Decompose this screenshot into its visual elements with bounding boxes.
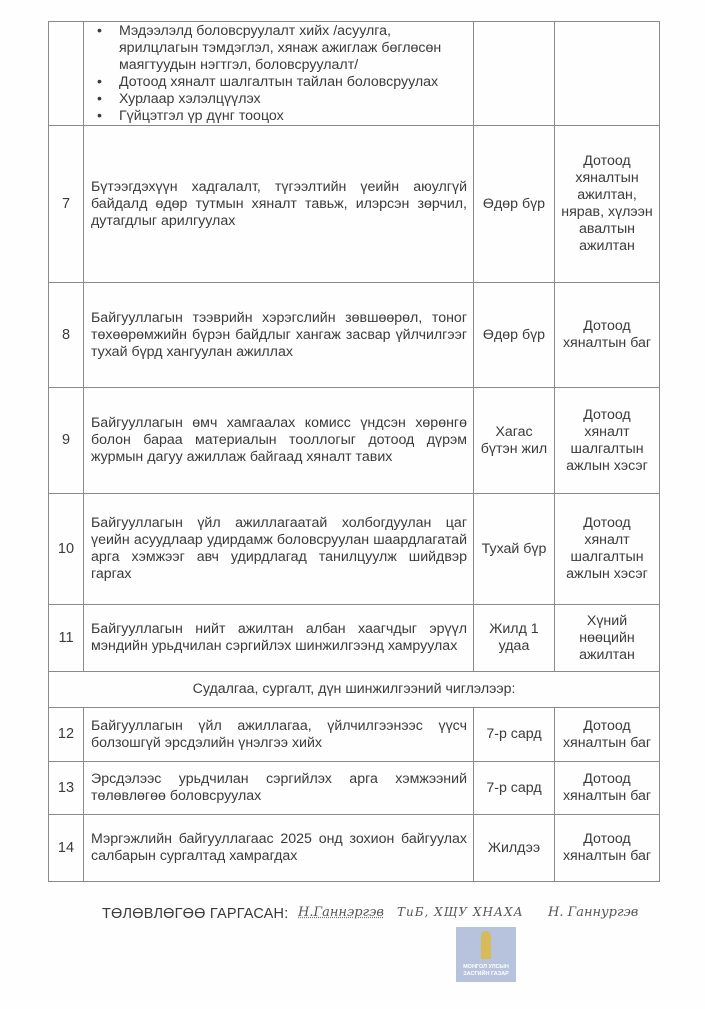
- prepared-by-label: ТӨЛӨВЛӨГӨӨ ГАРГАСАН:: [102, 906, 288, 922]
- task-text: Байгууллагын нийт ажилтан албан хаагчдыг…: [84, 605, 474, 672]
- task-text: Байгууллагын өмч хамгаалах комисс үндсэн…: [84, 388, 474, 494]
- table-row: 14 Мэргэжлийн байгууллагаас 2025 онд зох…: [49, 815, 660, 882]
- row-number: 11: [49, 605, 84, 672]
- responsible: Дотоод хяналтын баг: [555, 283, 660, 388]
- table-row-continuation: Мэдээлэлд боловсруулалт хийх /асуулга, я…: [49, 22, 660, 126]
- timeframe: Хагас бүтэн жил: [474, 388, 555, 494]
- responsible: Дотоод хяналтын баг: [555, 815, 660, 882]
- bullet-item: Мэдээлэлд боловсруулалт хийх /асуулга, я…: [91, 23, 467, 74]
- soyombo-icon: [481, 931, 491, 959]
- timeframe-cell: [474, 22, 555, 126]
- timeframe: Өдөр бүр: [474, 283, 555, 388]
- responsible: Дотоод хяналтын баг: [555, 708, 660, 762]
- task-text: Эрсдэлээс урьдчилан сэргийлэх арга хэмжэ…: [84, 762, 474, 815]
- table-row: 7 Бүтээгдэхүүн хадгалалт, түгээлтийн үеи…: [49, 126, 660, 283]
- emblem-line-1: МОНГОЛ УЛСЫН: [463, 964, 509, 971]
- bullet-item: Дотоод хяналт шалгалтын тайлан боловсруу…: [91, 74, 467, 91]
- bullet-list: Мэдээлэлд боловсруулалт хийх /асуулга, я…: [91, 23, 467, 125]
- responsible: Хүний нөөцийн ажилтан: [555, 605, 660, 672]
- plan-table: Мэдээлэлд боловсруулалт хийх /асуулга, я…: [48, 21, 660, 882]
- bullet-item: Гүйцэтгэл үр дүнг тооцох: [91, 108, 467, 125]
- row-number: 12: [49, 708, 84, 762]
- task-text: Байгууллагын тээврийн хэрэгслийн зөвшөөр…: [84, 283, 474, 388]
- task-text: Байгууллагын үйл ажиллагаа, үйлчилгээнээ…: [84, 708, 474, 762]
- bullet-item: Хурлаар хэлэлцүүлэх: [91, 91, 467, 108]
- responsible: Дотоод хяналт шалгалтын ажлын хэсэг: [555, 494, 660, 605]
- timeframe: Жилдээ: [474, 815, 555, 882]
- task-text: Байгууллагын үйл ажиллагаатай холбогдуул…: [84, 494, 474, 605]
- document-page: Мэдээлэлд боловсруулалт хийх /асуулга, я…: [0, 0, 705, 1009]
- table-row: 12 Байгууллагын үйл ажиллагаа, үйлчилгээ…: [49, 708, 660, 762]
- emblem-caption: МОНГОЛ УЛСЫН ЗАСГИЙН ГАЗАР: [463, 964, 509, 978]
- table-row: 8 Байгууллагын тээврийн хэрэгслийн зөвшө…: [49, 283, 660, 388]
- responsible-cell: [555, 22, 660, 126]
- timeframe: Өдөр бүр: [474, 126, 555, 283]
- timeframe: Тухай бүр: [474, 494, 555, 605]
- emblem-line-2: ЗАСГИЙН ГАЗАР: [463, 971, 509, 978]
- row-number: 8: [49, 283, 84, 388]
- section-heading: Судалгаа, сургалт, дүн шинжилгээний чигл…: [49, 672, 660, 708]
- timeframe: 7-р сард: [474, 762, 555, 815]
- row-number: 14: [49, 815, 84, 882]
- row-number-cell: [49, 22, 84, 126]
- task-text: Бүтээгдэхүүн хадгалалт, түгээлтийн үеийн…: [84, 126, 474, 283]
- task-text: Мэргэжлийн байгууллагаас 2025 онд зохион…: [84, 815, 474, 882]
- responsible: Дотоод хяналтын баг: [555, 762, 660, 815]
- responsible: Дотоод хяналтын ажилтан, нярав, хүлээн а…: [555, 126, 660, 283]
- row-number: 10: [49, 494, 84, 605]
- position-title: ТиБ, ХЩУ ХНАХА: [397, 905, 524, 919]
- signature-2: Н. Ганнургэв: [548, 905, 638, 920]
- table-row: 13 Эрсдэлээс урьдчилан сэргийлэх арга хэ…: [49, 762, 660, 815]
- responsible: Дотоод хяналт шалгалтын ажлын хэсэг: [555, 388, 660, 494]
- row-number: 9: [49, 388, 84, 494]
- signature-1: Н.Ганнэргэв: [298, 905, 384, 920]
- table-row: 11 Байгууллагын нийт ажилтан албан хаагч…: [49, 605, 660, 672]
- timeframe: 7-р сард: [474, 708, 555, 762]
- section-heading-row: Судалгаа, сургалт, дүн шинжилгээний чигл…: [49, 672, 660, 708]
- row-number: 7: [49, 126, 84, 283]
- timeframe: Жилд 1 удаа: [474, 605, 555, 672]
- table-row: 9 Байгууллагын өмч хамгаалах комисс үндс…: [49, 388, 660, 494]
- government-emblem: МОНГОЛ УЛСЫН ЗАСГИЙН ГАЗАР: [456, 927, 516, 982]
- table-row: 10 Байгууллагын үйл ажиллагаатай холбогд…: [49, 494, 660, 605]
- row-number: 13: [49, 762, 84, 815]
- task-cell: Мэдээлэлд боловсруулалт хийх /асуулга, я…: [84, 22, 474, 126]
